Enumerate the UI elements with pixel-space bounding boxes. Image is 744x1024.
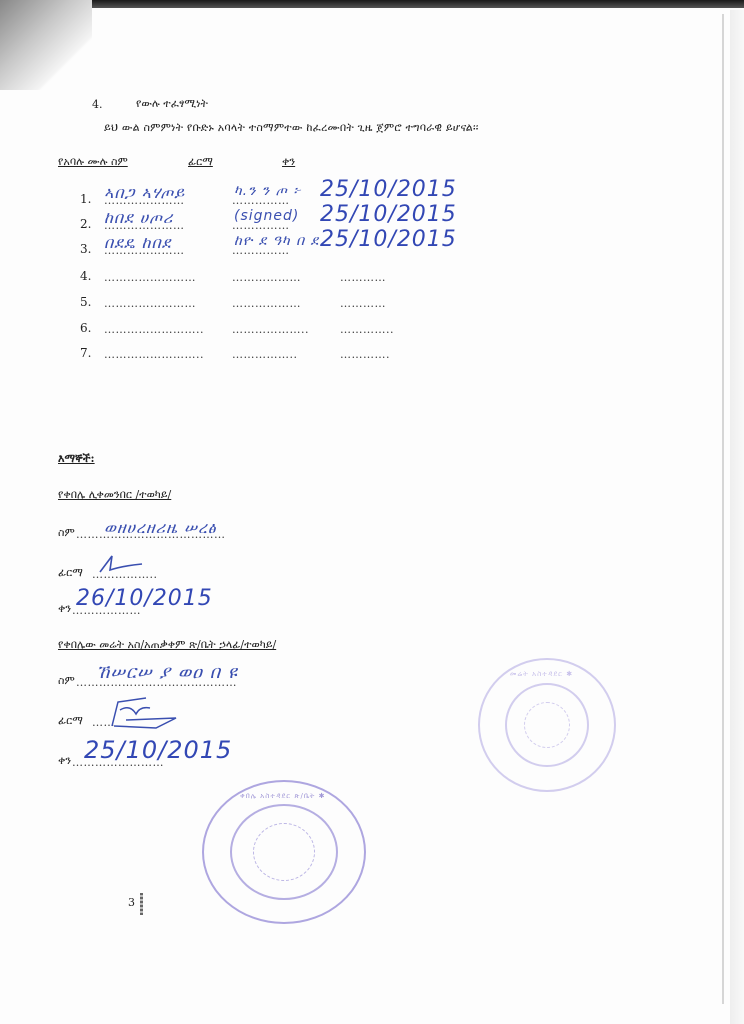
- row-date-handwritten: 25/10/2015: [320, 227, 457, 252]
- row-name-dots: ……………………: [104, 271, 196, 284]
- row-number: 1.: [80, 192, 91, 206]
- row-signature-handwritten: (signed): [234, 208, 299, 224]
- land-office-date-label: ቀን: [58, 754, 71, 768]
- row-signature-dots: ………………: [232, 271, 301, 284]
- witnesses-heading: እማኞች:: [58, 452, 95, 466]
- row-date-dots: ………….: [340, 348, 390, 361]
- row-date-dots: …………: [340, 271, 386, 284]
- row-number: 3.: [80, 242, 91, 256]
- row-number: 4.: [80, 269, 91, 283]
- land-office-heading: የቀበሌው መሬት አስ/አጠቃቀም ጽ/ቤት ኃላፊ/ተወካይ/: [58, 638, 276, 652]
- receiver-signature-scribble: [96, 552, 146, 576]
- section-body: ይህ ውል ስምምነት የቡድኑ አባላት ተስማምተው ከፈረሙበት ጊዜ ጀ…: [104, 121, 479, 135]
- row-number: 5.: [80, 295, 91, 309]
- receiver-name-handwritten: ወዘሀረዘሪዜ ሠረፅ: [104, 518, 217, 538]
- row-name-handwritten: ከበደ ሀጦሪ: [104, 208, 173, 228]
- column-header-signature: ፊርማ: [188, 155, 213, 169]
- row-signature-handwritten: ካ.ን ን ጦ ፦: [234, 183, 302, 199]
- row-name-dots: ……………………..: [104, 348, 204, 361]
- row-date-handwritten: 25/10/2015: [320, 177, 457, 202]
- section-title: የውሉ ተፈፃሚነት: [136, 97, 208, 111]
- row-signature-dots: ………………..: [232, 323, 309, 336]
- receiver-date-handwritten: 26/10/2015: [76, 586, 213, 611]
- column-header-name: የአባሉ ሙሉ ስም: [58, 155, 128, 169]
- scan-page-edge: [730, 10, 744, 1024]
- scan-border-top: [0, 0, 744, 8]
- row-date-dots: …………..: [340, 323, 394, 336]
- page-number: 3: [128, 896, 135, 909]
- row-number: 7.: [80, 346, 91, 360]
- land-office-signature-scribble: [106, 696, 180, 730]
- receiver-name-label: ስም: [58, 526, 75, 540]
- row-number: 2.: [80, 217, 91, 231]
- receiver-heading: የቀበሌ ሊቀመንበር /ተወካይ/: [58, 488, 171, 502]
- land-office-name-handwritten: ኸሠርሠ ያ ወዐ በ ዩ: [96, 662, 238, 683]
- scan-corner-shadow: [0, 0, 92, 90]
- receiver-signature-label: ፊርማ: [58, 566, 83, 580]
- land-office-stamp: መሬት አስተዳደር ✱: [478, 658, 616, 792]
- land-office-signature-label: ፊርማ: [58, 714, 83, 728]
- row-signature-dots: ……………..: [232, 348, 298, 361]
- section-number: 4.: [92, 98, 103, 111]
- kebele-stamp: ቀበሌ አስተዳደር ጽ/ቤት ✱: [202, 780, 366, 924]
- row-date-dots: …………: [340, 297, 386, 310]
- row-name-dots: ……………………: [104, 297, 196, 310]
- land-office-date-handwritten: 25/10/2015: [84, 736, 232, 764]
- column-header-date: ቀን: [282, 155, 295, 169]
- row-name-handwritten: ኣበጋ ኣሃጦይ: [104, 183, 185, 203]
- receiver-date-label: ቀን: [58, 602, 71, 616]
- row-date-handwritten: 25/10/2015: [320, 202, 457, 227]
- page-edge-line: [722, 14, 724, 1004]
- row-name-handwritten: በደዴ ከበደ: [104, 233, 171, 253]
- page-number-marker: [140, 893, 143, 915]
- land-office-name-label: ስም: [58, 674, 75, 688]
- row-signature-dots: ………………: [232, 297, 301, 310]
- row-number: 6.: [80, 321, 91, 335]
- row-name-dots: ……………………..: [104, 323, 204, 336]
- row-signature-handwritten: ከዮ ደ ዓካ በ ደ: [234, 233, 319, 249]
